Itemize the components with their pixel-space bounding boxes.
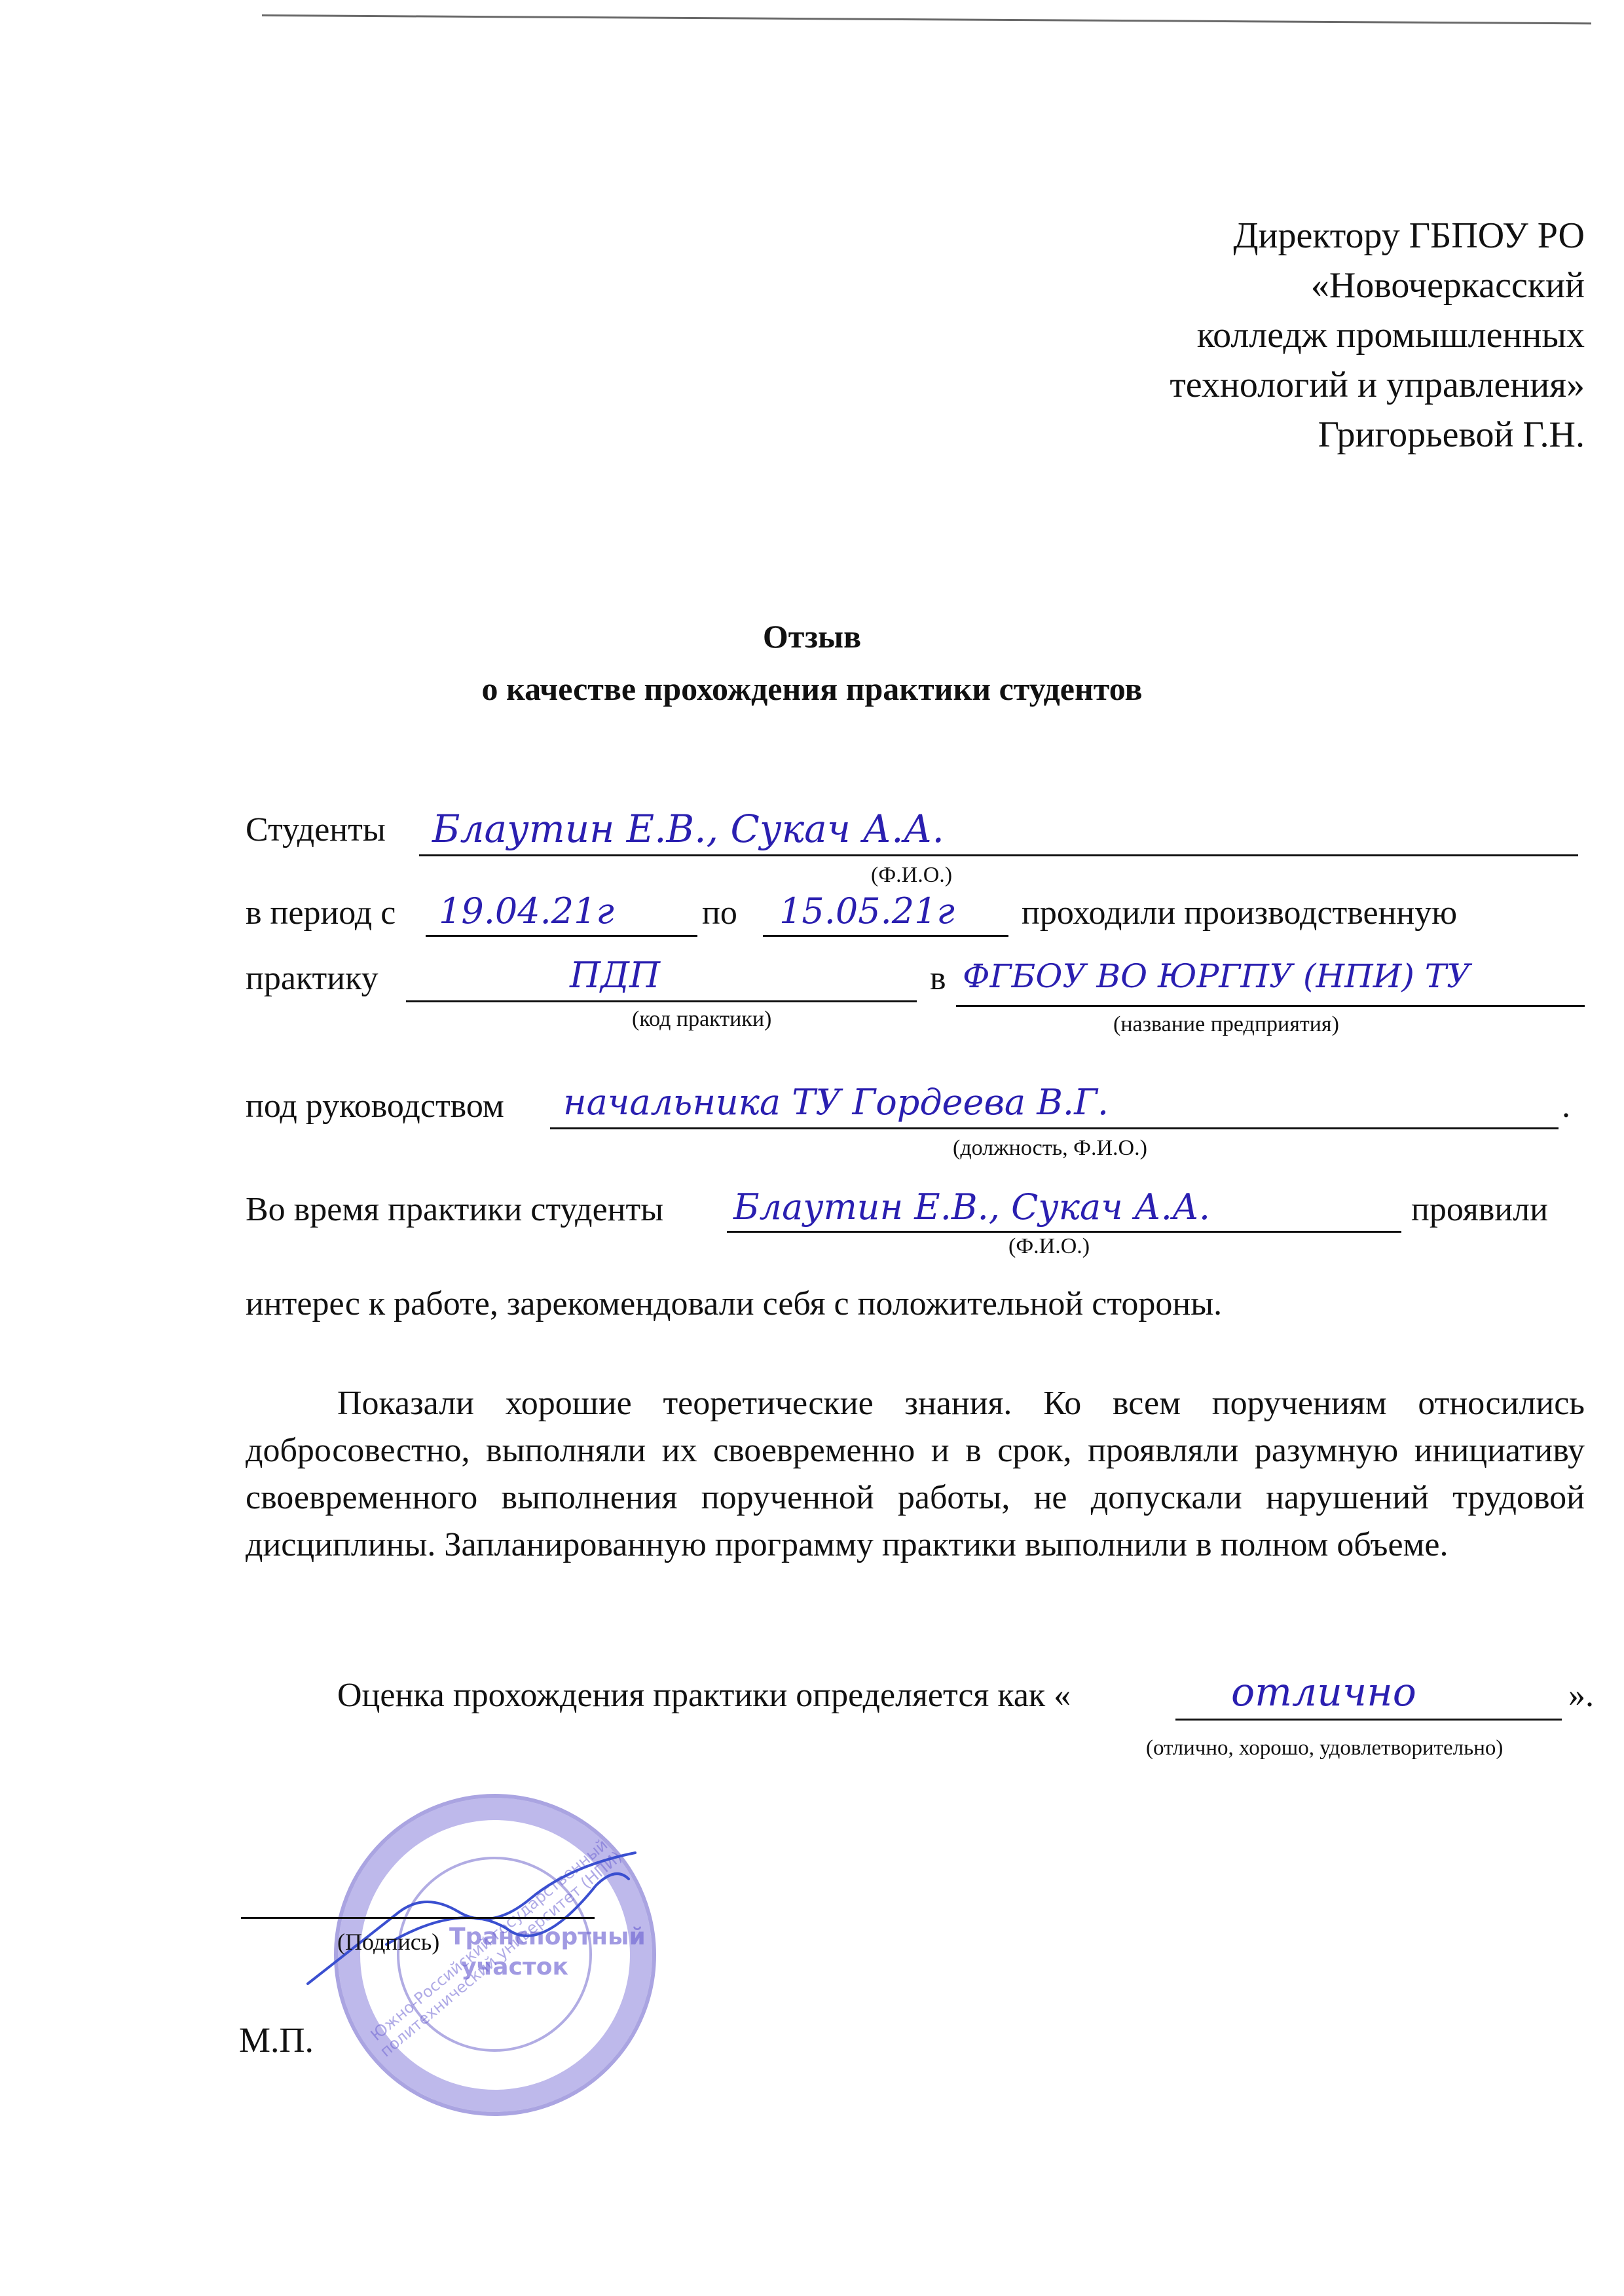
- during-underline: [727, 1231, 1401, 1233]
- document-title: Отзыв о качестве прохождения практики ст…: [0, 610, 1624, 715]
- supervisor-label: под руководством: [246, 1087, 504, 1125]
- signature-hint: (Подпись): [337, 1928, 439, 1956]
- supervisor-underline: [550, 1127, 1559, 1129]
- during-suffix: проявили: [1411, 1190, 1548, 1229]
- addressee-line: «Новочеркасский: [995, 261, 1585, 310]
- during-label: Во время практики студенты: [246, 1190, 663, 1229]
- enterprise-field[interactable]: ФГБОУ ВО ЮРГПУ (НПИ) ТУ: [963, 957, 1470, 995]
- title-main: Отзыв: [0, 610, 1624, 663]
- students-field[interactable]: Блаутин Е.В., Сукач А.А.: [432, 807, 944, 851]
- period-from-field[interactable]: 19.04.21г: [439, 890, 614, 932]
- addressee-line: Директору ГБПОУ РО: [995, 211, 1585, 261]
- title-subtitle: о качестве прохождения практики студенто…: [0, 663, 1624, 715]
- seal-label: М.П.: [239, 2020, 314, 2060]
- students-hint: (Ф.И.О.): [871, 863, 952, 888]
- addressee-line: Григорьевой Г.Н.: [995, 410, 1585, 460]
- period-from-underline: [426, 935, 697, 937]
- addressee-line: колледж промышленных: [995, 310, 1585, 360]
- during-field[interactable]: Блаутин Е.В., Сукач А.А.: [733, 1186, 1210, 1228]
- students-field-underline: [419, 854, 1578, 856]
- period-suffix: проходили производственную: [1022, 894, 1457, 932]
- grade-underline: [1175, 1719, 1562, 1721]
- period-to-field[interactable]: 15.05.21г: [779, 890, 955, 932]
- grade-close: ».: [1568, 1676, 1594, 1715]
- period-to-underline: [763, 935, 1008, 937]
- addressee-block: Директору ГБПОУ РО «Новочеркасский колле…: [995, 211, 1585, 460]
- scan-edge-line: [262, 14, 1591, 24]
- grade-field[interactable]: отлично: [1231, 1669, 1416, 1715]
- signature-scribble: [295, 1840, 648, 1990]
- addressee-line: технологий и управления»: [995, 360, 1585, 410]
- practice-code-underline: [406, 1000, 917, 1002]
- enterprise-label: в: [930, 959, 946, 998]
- body-paragraph: Показали хорошие теоретические знания. К…: [246, 1380, 1585, 1569]
- grade-label: Оценка прохождения практики определяется…: [337, 1676, 1071, 1715]
- practice-code-field[interactable]: ПДП: [570, 955, 660, 996]
- practice-code-hint: (код практики): [632, 1007, 771, 1032]
- practice-label: практику: [246, 959, 378, 998]
- period-label: в период с: [246, 894, 396, 932]
- interest-line: интерес к работе, зарекомендовали себя с…: [246, 1285, 1222, 1323]
- supervisor-hint: (должность, Ф.И.О.): [953, 1136, 1147, 1161]
- enterprise-hint: (название предприятия): [1113, 1012, 1339, 1037]
- grade-hint: (отлично, хорошо, удовлетворительно): [1146, 1736, 1503, 1760]
- supervisor-field[interactable]: начальника ТУ Гордеева В.Г.: [563, 1082, 1109, 1123]
- enterprise-underline: [956, 1005, 1585, 1007]
- signature-underline: [241, 1917, 595, 1919]
- during-hint: (Ф.И.О.): [1008, 1234, 1090, 1259]
- supervisor-end: .: [1562, 1087, 1570, 1125]
- period-to-label: по: [702, 894, 737, 932]
- students-label: Студенты: [246, 811, 386, 849]
